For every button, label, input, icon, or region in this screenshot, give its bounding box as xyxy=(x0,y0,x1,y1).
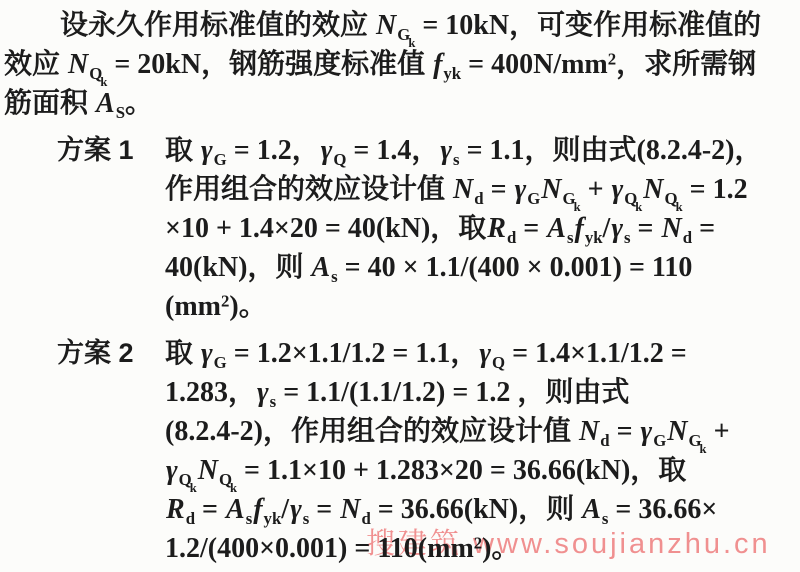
text-run: = 1.1，则由式(8.2.4-2)， xyxy=(460,135,763,166)
math-variable: N xyxy=(578,416,600,447)
text-run: = 10kN，可变作用标准值的 xyxy=(415,10,761,41)
text-run: = 36.66(kN)，则 xyxy=(371,494,581,525)
math-variable: N xyxy=(540,174,562,205)
text-run: ，求所需钢 xyxy=(616,49,756,80)
text-run: = 1.4， xyxy=(346,135,439,166)
text-line: 取 γG = 1.2，γQ = 1.4，γs = 1.1，则由式(8.2.4-2… xyxy=(165,131,798,170)
math-subscript: G xyxy=(653,431,666,450)
text-run: = xyxy=(195,494,225,525)
math-variable: γ xyxy=(611,174,625,205)
text-line: (8.2.4-2)，作用组合的效应设计值 Nd = γGNGk + xyxy=(165,412,798,451)
text-run: = 1.1×10 + 1.283×20 = 36.66(kN)，取 xyxy=(237,455,686,486)
scheme-1-body: 取 γG = 1.2，γQ = 1.4，γs = 1.1，则由式(8.2.4-2… xyxy=(165,131,798,326)
math-variable: f xyxy=(432,49,443,80)
math-variable: A xyxy=(581,494,602,525)
scheme-1-block: 方案 1 取 γG = 1.2，γQ = 1.4，γs = 1.1，则由式(8.… xyxy=(4,131,798,326)
text-line: 1.283，γs = 1.1/(1.1/1.2) = 1.2 ，则由式 xyxy=(165,373,798,412)
text-line: 取 γG = 1.2×1.1/1.2 = 1.1，γQ = 1.4×1.1/1.… xyxy=(165,334,798,373)
math-superscript: 2 xyxy=(608,50,616,69)
math-variable: γ xyxy=(200,338,214,369)
text-line: (mm2)。 xyxy=(165,287,798,326)
text-run: = 1.4×1.1/1.2 = xyxy=(505,338,687,369)
scheme-2-block: 方案 2 取 γG = 1.2×1.1/1.2 = 1.1，γQ = 1.4×1… xyxy=(4,334,798,568)
scheme-1-label: 方案 1 xyxy=(57,131,165,326)
math-subscript: Q xyxy=(333,150,346,169)
text-line: γQkNQk = 1.1×10 + 1.283×20 = 36.66(kN)，取 xyxy=(165,451,798,490)
text-line: 1.2/(400×0.001) = 110(mm2)。 xyxy=(165,529,798,568)
math-subscript: G xyxy=(214,353,227,372)
text-run: = 20kN，钢筋强度标准值 xyxy=(107,49,432,80)
text-line: 作用组合的效应设计值 Nd = γGNGk + γQkNQk = 1.2 xyxy=(165,170,798,209)
text-run: (8.2.4-2)，作用组合的效应设计值 xyxy=(165,416,578,447)
text-run: 设永久作用标准值的效应 xyxy=(60,10,375,41)
text-run: = 1.1/(1.1/1.2) = 1.2 ，则由式 xyxy=(276,377,629,408)
text-run: 取 xyxy=(165,338,200,369)
text-line: 效应 NQk = 20kN，钢筋强度标准值 fyk = 400N/mm2，求所需… xyxy=(4,45,798,84)
math-variable: N xyxy=(660,213,682,244)
text-run: = 1.2 xyxy=(683,174,748,205)
math-variable: A xyxy=(310,252,331,283)
math-variable: γ xyxy=(289,494,303,525)
math-variable: R xyxy=(165,494,186,525)
math-subscript: Q xyxy=(492,353,505,372)
math-variable: γ xyxy=(165,455,179,486)
text-line: ×10 + 1.4×20 = 40(kN)，取Rd = Asfyk/γs = N… xyxy=(165,209,798,248)
math-variable: N xyxy=(452,174,474,205)
text-run: = xyxy=(484,174,514,205)
text-run: = 400N/mm xyxy=(461,49,608,80)
math-subscript: d xyxy=(186,509,195,528)
text-run: = xyxy=(692,213,715,244)
text-run: + xyxy=(707,416,730,447)
math-variable: γ xyxy=(256,377,270,408)
scheme-2-body: 取 γG = 1.2×1.1/1.2 = 1.1，γQ = 1.4×1.1/1.… xyxy=(165,334,798,568)
text-run: = 1.2×1.1/1.2 = 1.1， xyxy=(227,338,479,369)
math-variable: A xyxy=(95,88,116,119)
text-run: )。 xyxy=(482,533,519,564)
text-run: = xyxy=(631,213,661,244)
text-run: / xyxy=(281,494,289,525)
math-subscript: d xyxy=(474,189,483,208)
math-subscript: d xyxy=(361,509,370,528)
text-run: 筋面积 xyxy=(4,88,95,119)
text-run: (mm xyxy=(165,291,221,322)
text-run: = 1.2， xyxy=(227,135,320,166)
math-variable: R xyxy=(486,213,507,244)
text-line: 40(kN)，则 As = 40 × 1.1/(400 × 0.001) = 1… xyxy=(165,248,798,287)
text-run: 效应 xyxy=(4,49,67,80)
math-subscript: yk xyxy=(585,228,603,247)
math-subscript: d xyxy=(683,228,692,247)
text-line: Rd = Asfyk/γs = Nd = 36.66(kN)，则 As = 36… xyxy=(165,490,798,529)
math-variable: N xyxy=(67,49,89,80)
text-run: )。 xyxy=(229,291,266,322)
math-variable: f xyxy=(252,494,263,525)
text-line: 筋面积 AS。 xyxy=(4,84,798,123)
text-run: = xyxy=(610,416,640,447)
math-variable: γ xyxy=(514,174,528,205)
math-subscript: yk xyxy=(264,509,282,528)
math-variable: A xyxy=(546,213,567,244)
scheme-2-label: 方案 2 xyxy=(57,334,165,568)
math-subsubscript: k xyxy=(700,442,707,456)
math-variable: A xyxy=(225,494,246,525)
math-variable: γ xyxy=(439,135,453,166)
text-run: = 40 × 1.1/(400 × 0.001) = 110 xyxy=(338,252,693,283)
math-variable: N xyxy=(339,494,361,525)
text-run: 1.2/(400×0.001) = 110(mm xyxy=(165,533,474,564)
math-variable: γ xyxy=(640,416,654,447)
text-line: 设永久作用标准值的效应 NGk = 10kN，可变作用标准值的 xyxy=(4,6,798,45)
math-variable: γ xyxy=(478,338,492,369)
text-run: + xyxy=(581,174,611,205)
text-run: 取 xyxy=(165,135,200,166)
math-subscript: S xyxy=(116,103,125,122)
math-subscript: G xyxy=(527,189,540,208)
text-run: 作用组合的效应设计值 xyxy=(165,174,452,205)
text-run: = xyxy=(516,213,546,244)
text-run: 。 xyxy=(125,88,153,119)
math-superscript: 2 xyxy=(474,534,482,553)
intro-paragraph: 设永久作用标准值的效应 NGk = 10kN，可变作用标准值的效应 NQk = … xyxy=(4,6,798,123)
text-run: ×10 + 1.4×20 = 40(kN)，取 xyxy=(165,213,486,244)
math-variable: γ xyxy=(610,213,624,244)
math-variable: f xyxy=(573,213,584,244)
math-subscript: d xyxy=(600,431,609,450)
text-run: 1.283， xyxy=(165,377,256,408)
math-variable: N xyxy=(375,10,397,41)
math-variable: N xyxy=(642,174,664,205)
text-run: 40(kN)，则 xyxy=(165,252,310,283)
math-subscript: G xyxy=(214,150,227,169)
text-run: = 36.66× xyxy=(608,494,717,525)
math-variable: γ xyxy=(200,135,214,166)
document-page: 设永久作用标准值的效应 NGk = 10kN，可变作用标准值的效应 NQk = … xyxy=(0,0,800,568)
math-variable: N xyxy=(666,416,688,447)
math-variable: N xyxy=(197,455,219,486)
text-run: = xyxy=(309,494,339,525)
math-subscript: d xyxy=(507,228,516,247)
math-subscript: yk xyxy=(443,64,461,83)
math-variable: γ xyxy=(320,135,334,166)
